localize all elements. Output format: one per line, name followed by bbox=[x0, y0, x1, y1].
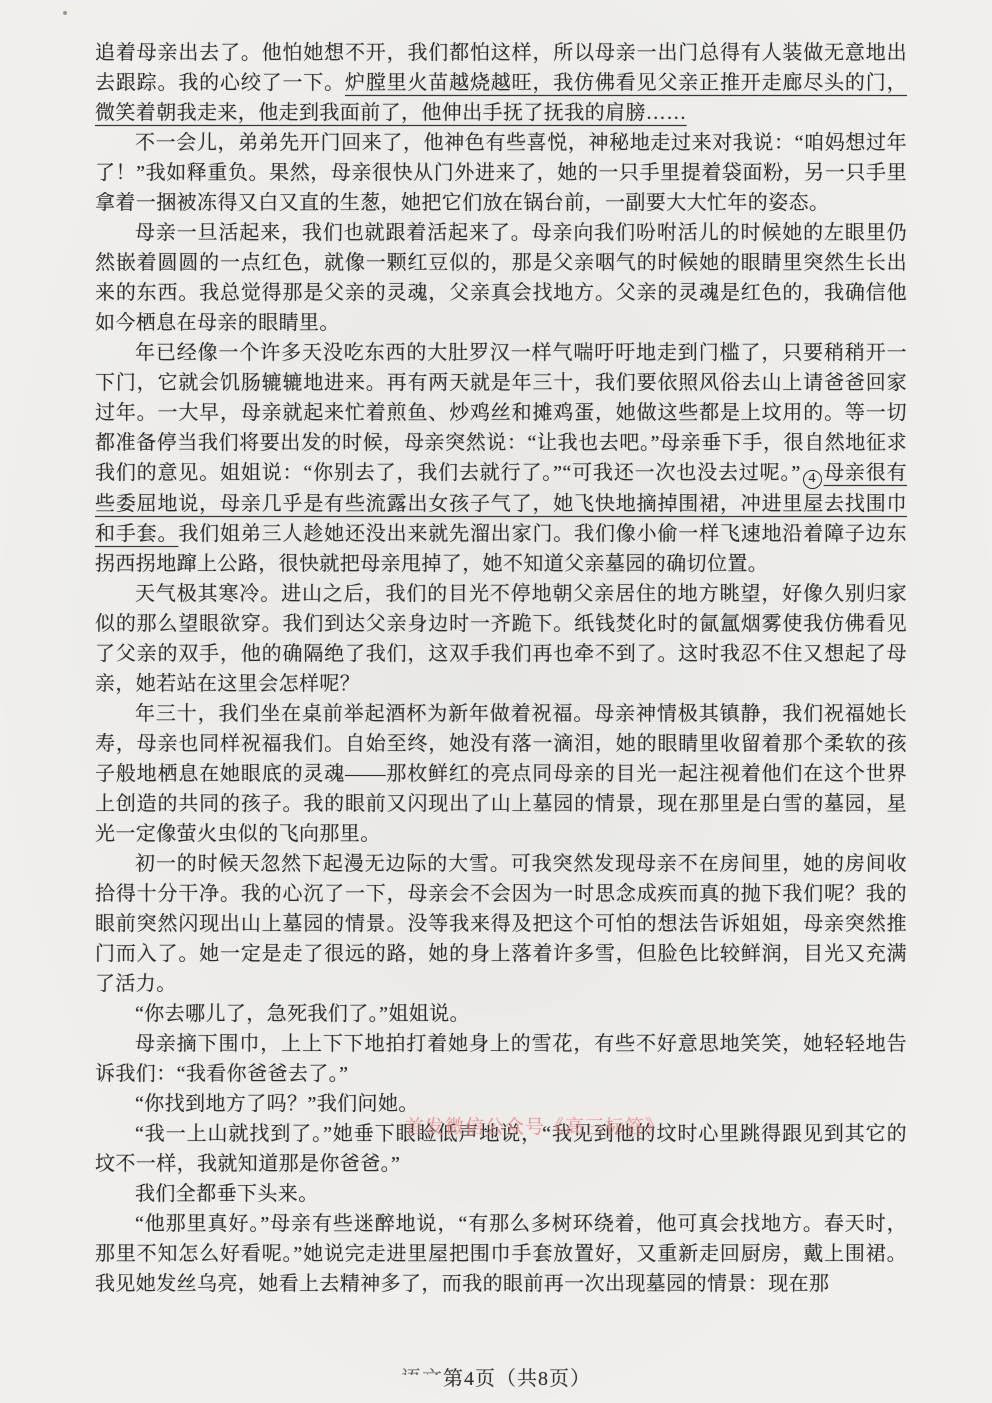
paragraph: 母亲摘下围巾，上上下下地拍打着她身上的雪花，有些不好意思地笑笑，她轻轻地告诉我们… bbox=[95, 1029, 907, 1089]
paragraph: “你去哪儿了，急死我们了。”姐姐说。 bbox=[95, 999, 907, 1029]
paragraph: 年三十，我们坐在桌前举起酒杯为新年做着祝福。母亲神情极其镇静，我们祝福她长寿，母… bbox=[95, 699, 907, 849]
text-run: “他那里真好。”母亲有些迷醉地说，“有那么多树环绕着，他可真会找地方。春天时，那… bbox=[95, 1213, 907, 1295]
paragraph: 初一的时候天忽然下起漫无边际的大雪。可我突然发现母亲不在房间里，她的房间收拾得十… bbox=[95, 849, 907, 999]
text-run: 初一的时候天忽然下起漫无边际的大雪。可我突然发现母亲不在房间里，她的房间收拾得十… bbox=[95, 853, 907, 995]
scan-speck bbox=[63, 11, 67, 15]
paragraph: 追着母亲出去了。他怕她想不开，我们都怕这样，所以母亲一出门总得有人装做无意地出去… bbox=[95, 38, 907, 128]
footer-clipped-prefix: 语文 bbox=[401, 1362, 443, 1391]
watermark-text: 首发微信公众号《高三标答》 bbox=[405, 1112, 665, 1139]
circled-number-4: 4 bbox=[803, 470, 822, 489]
text-run: 年三十，我们坐在桌前举起酒杯为新年做着祝福。母亲神情极其镇静，我们祝福她长寿，母… bbox=[95, 703, 907, 845]
footer-page-number: 第4页（共8页） bbox=[443, 1368, 591, 1390]
text-run: 天气极其寒冷。进山之后，我们的目光不停地朝父亲居住的地方眺望，好像久别归家似的那… bbox=[95, 583, 907, 695]
paragraph: 不一会儿，弟弟先开门回来了，他神色有些喜悦，神秘地走过来对我说：“咱妈想过年了！… bbox=[95, 128, 907, 218]
text-run: “你去哪儿了，急死我们了。”姐姐说。 bbox=[135, 1003, 470, 1025]
text-run: 母亲摘下围巾，上上下下地拍打着她身上的雪花，有些不好意思地笑笑，她轻轻地告诉我们… bbox=[95, 1033, 907, 1085]
text-run: 我们姐弟三人趁她还没出来就先溜出家门。我们像小偷一样飞速地沿着障子边东拐西拐地蹿… bbox=[95, 523, 907, 575]
paragraph: 天气极其寒冷。进山之后，我们的目光不停地朝父亲居住的地方眺望，好像久别归家似的那… bbox=[95, 579, 907, 699]
paragraph: “他那里真好。”母亲有些迷醉地说，“有那么多树环绕着，他可真会找地方。春天时，那… bbox=[95, 1209, 907, 1299]
paragraph: 年已经像一个许多天没吃东西的大肚罗汉一样气喘吁吁地走到门槛了，只要稍稍开一下门，… bbox=[95, 338, 907, 579]
scanned-exam-page: 追着母亲出去了。他怕她想不开，我们都怕这样，所以母亲一出门总得有人装做无意地出去… bbox=[0, 0, 992, 1403]
text-run: 母亲一旦活起来，我们也就跟着活起来了。母亲向我们吩咐活儿的时候她的左眼里仍然嵌着… bbox=[95, 222, 907, 334]
paragraph: 母亲一旦活起来，我们也就跟着活起来了。母亲向我们吩咐活儿的时候她的左眼里仍然嵌着… bbox=[95, 218, 907, 338]
text-run: “你找到地方了吗？”我们问她。 bbox=[135, 1093, 419, 1115]
passage: 追着母亲出去了。他怕她想不开，我们都怕这样，所以母亲一出门总得有人装做无意地出去… bbox=[95, 38, 907, 1299]
text-run: 我们全都垂下头来。 bbox=[135, 1183, 319, 1205]
text-run: 年已经像一个许多天没吃东西的大肚罗汉一样气喘吁吁地走到门槛了，只要稍稍开一下门，… bbox=[95, 342, 907, 484]
text-run: 不一会儿，弟弟先开门回来了，他神色有些喜悦，神秘地走过来对我说：“咱妈想过年了！… bbox=[95, 132, 907, 214]
page-footer: 语文第4页（共8页） bbox=[0, 1362, 992, 1391]
paragraph: 我们全都垂下头来。 bbox=[95, 1179, 907, 1209]
